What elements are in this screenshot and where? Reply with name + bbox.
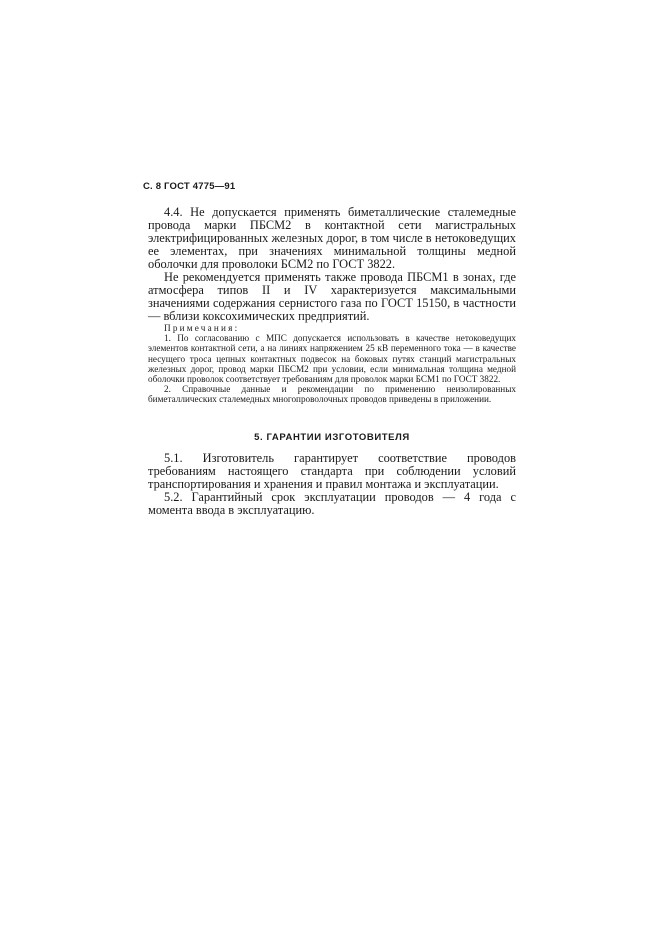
note-item-1: 1. По согласованию с МПС допускается исп… bbox=[148, 333, 516, 384]
paragraph-4-4: 4.4. Не допускается применять биметаллич… bbox=[148, 206, 516, 271]
section-5-title: 5. ГАРАНТИИ ИЗГОТОВИТЕЛЯ bbox=[148, 432, 516, 443]
paragraph-5-1: 5.1. Изготовитель гарантирует соответств… bbox=[148, 452, 516, 491]
page-header: С. 8 ГОСТ 4775—91 bbox=[143, 181, 235, 192]
section-4-text: 4.4. Не допускается применять биметаллич… bbox=[148, 206, 516, 323]
notes-title: Примечания: bbox=[148, 323, 516, 333]
section-5-text: 5.1. Изготовитель гарантирует соответств… bbox=[148, 452, 516, 517]
paragraph-5-2: 5.2. Гарантийный срок эксплуатации прово… bbox=[148, 491, 516, 517]
notes: Примечания: 1. По согласованию с МПС доп… bbox=[148, 323, 516, 405]
note-item-2: 2. Справочные данные и рекомендации по п… bbox=[148, 384, 516, 404]
paragraph-not-recommended: Не рекомендуется применять также провода… bbox=[148, 271, 516, 323]
